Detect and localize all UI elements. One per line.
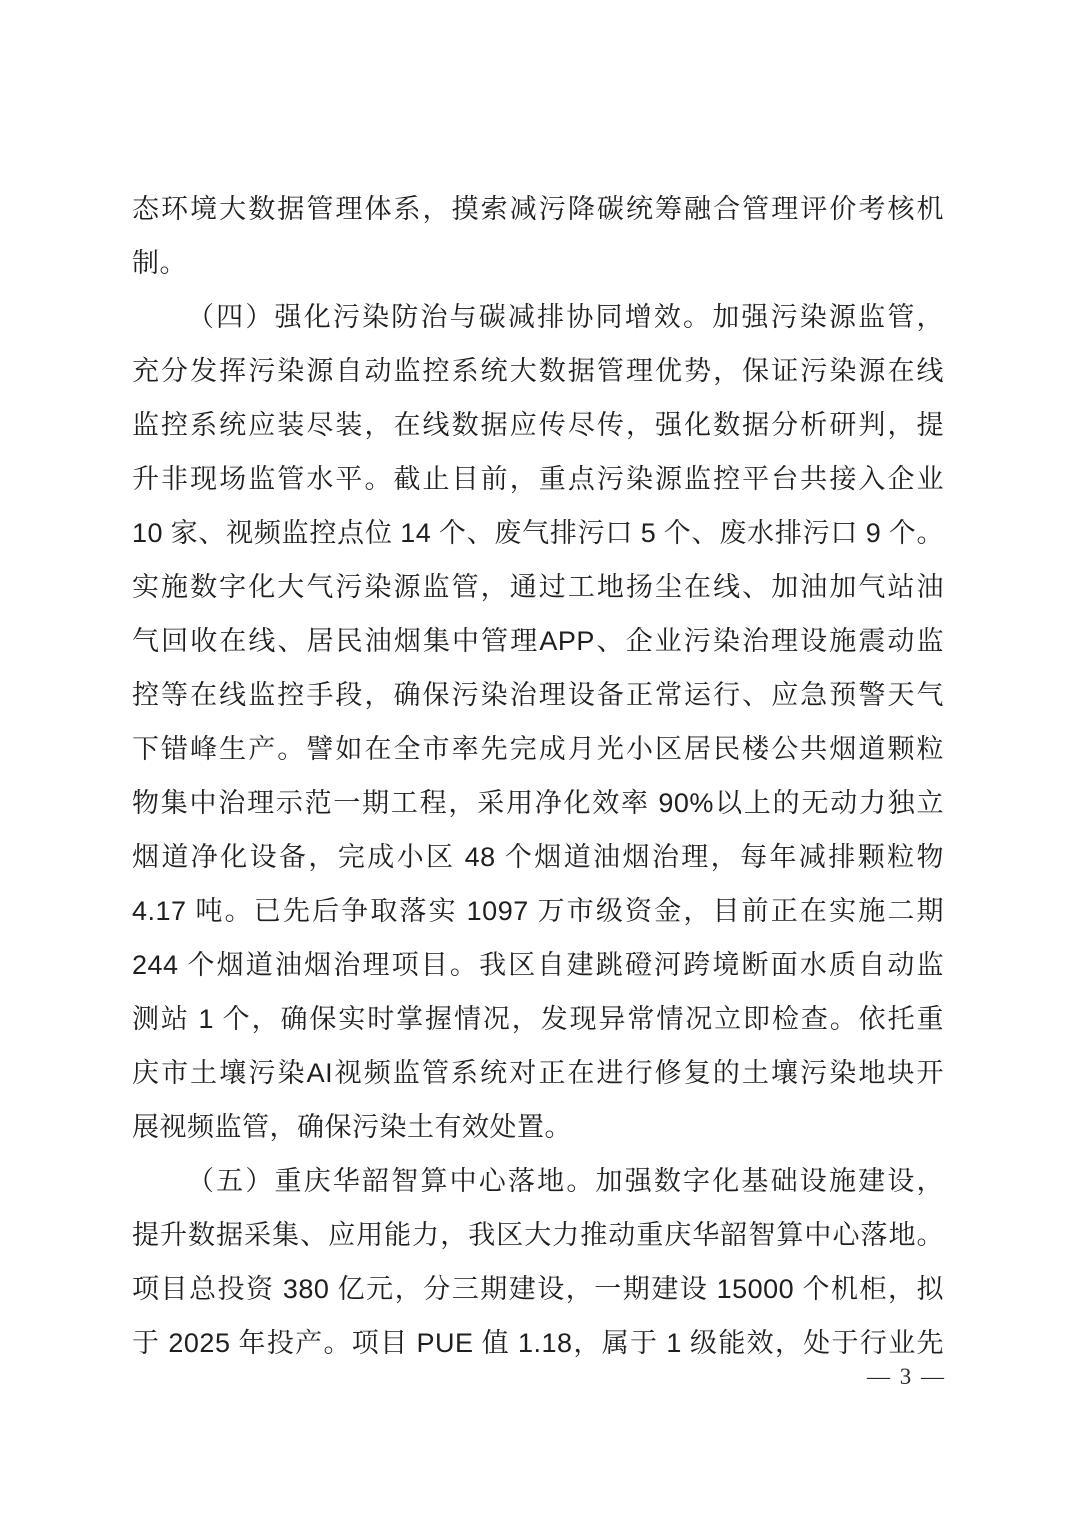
text-line: 10 家、视频监控点位 14 个、废气排污口 5 个、废水排污口 9 个。 [132, 506, 944, 560]
text-line: 4.17 吨。已先后争取落实 1097 万市级资金，目前正在实施二期 [132, 884, 944, 938]
text-line: 于 2025 年投产。项目 PUE 值 1.18，属于 1 级能效，处于行业先 [132, 1316, 944, 1370]
text-line: 充分发挥污染源自动监控系统大数据管理优势，保证污染源在线 [132, 344, 944, 398]
document-body: 态环境大数据管理体系，摸索减污降碳统筹融合管理评价考核机 制。 （四）强化污染防… [132, 182, 944, 1370]
text-line: 监控系统应装尽装，在线数据应传尽传，强化数据分析研判，提 [132, 398, 944, 452]
text-line: 气回收在线、居民油烟集中管理APP、企业污染治理设施震动监 [132, 614, 944, 668]
text-line: 展视频监管，确保污染土有效处置。 [132, 1100, 944, 1154]
text-line: 下错峰生产。譬如在全市率先完成月光小区居民楼公共烟道颗粒 [132, 722, 944, 776]
text-line: 项目总投资 380 亿元，分三期建设，一期建设 15000 个机柜，拟 [132, 1262, 944, 1316]
text-line: 制。 [132, 236, 944, 290]
text-line: 测站 1 个，确保实时掌握情况，发现异常情况立即检查。依托重 [132, 992, 944, 1046]
text-line: 控等在线监控手段，确保污染治理设备正常运行、应急预警天气 [132, 668, 944, 722]
text-line: 提升数据采集、应用能力，我区大力推动重庆华韶智算中心落地。 [132, 1208, 944, 1262]
text-line: 升非现场监管水平。截止目前，重点污染源监控平台共接入企业 [132, 452, 944, 506]
text-line: 实施数字化大气污染源监管，通过工地扬尘在线、加油加气站油 [132, 560, 944, 614]
text-line: 244 个烟道油烟治理项目。我区自建跳磴河跨境断面水质自动监 [132, 938, 944, 992]
text-line: 态环境大数据管理体系，摸索减污降碳统筹融合管理评价考核机 [132, 182, 944, 236]
text-line: 物集中治理示范一期工程，采用净化效率 90%以上的无动力独立 [132, 776, 944, 830]
text-line: 烟道净化设备，完成小区 48 个烟道油烟治理，每年减排颗粒物 [132, 830, 944, 884]
page-number: — 3 — [867, 1362, 946, 1392]
text-line: （五）重庆华韶智算中心落地。加强数字化基础设施建设， [132, 1154, 944, 1208]
text-line: 庆市土壤污染AI视频监管系统对正在进行修复的土壤污染地块开 [132, 1046, 944, 1100]
text-line: （四）强化污染防治与碳减排协同增效。加强污染源监管， [132, 290, 944, 344]
document-page: 态环境大数据管理体系，摸索减污降碳统筹融合管理评价考核机 制。 （四）强化污染防… [0, 0, 1074, 1520]
